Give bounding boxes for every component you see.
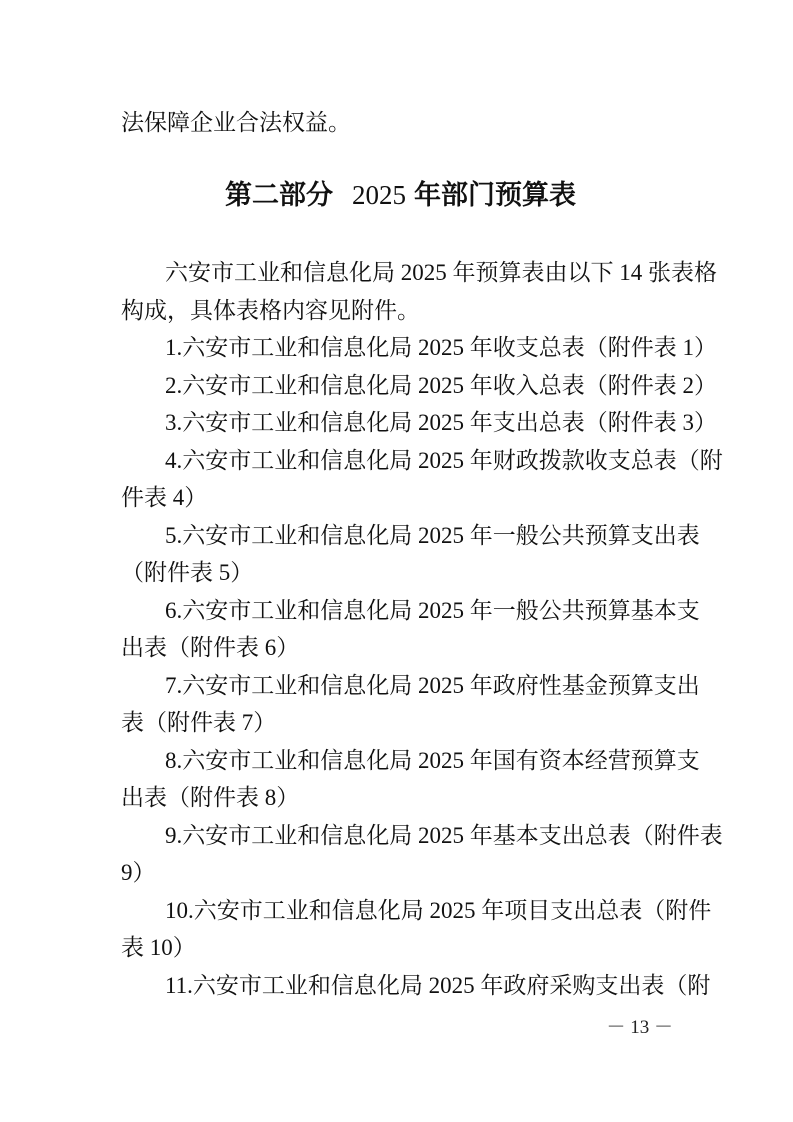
section-heading-title: 第二部分 [225,180,333,210]
doc-line-item: 11.六安市工业和信息化局 2025 年政府采购支出表（附 [121,967,680,1005]
doc-line-item: 6.六安市工业和信息化局 2025 年一般公共预算基本支 [121,592,680,630]
section-heading-year: 2025 [352,180,406,210]
doc-line-item: 10.六安市工业和信息化局 2025 年项目支出总表（附件 [121,892,680,930]
doc-line-wrap: 件表 4） [121,479,680,517]
doc-line-item: 3.六安市工业和信息化局 2025 年支出总表（附件表 3） [121,404,680,442]
doc-line-wrap: 出表（附件表 8） [121,779,680,817]
section-heading-rest: 年部门预算表 [414,180,576,210]
doc-line-wrap: 表 10） [121,929,680,967]
intro-line: 构成，具体表格内容见附件。 [121,292,680,330]
doc-line-wrap: 9） [121,854,680,892]
doc-line-item: 7.六安市工业和信息化局 2025 年政府性基金预算支出 [121,667,680,705]
doc-line-item: 8.六安市工业和信息化局 2025 年国有资本经营预算支 [121,742,680,780]
doc-line-item: 2.六安市工业和信息化局 2025 年收入总表（附件表 2） [121,367,680,405]
document-body: 六安市工业和信息化局 2025 年预算表由以下 14 张表格 构成，具体表格内容… [121,254,680,1004]
doc-line-wrap: 出表（附件表 6） [121,629,680,667]
doc-line-item: 9.六安市工业和信息化局 2025 年基本支出总表（附件表 [121,817,680,855]
continuation-paragraph-line: 法保障企业合法权益。 [121,104,680,142]
intro-line: 六安市工业和信息化局 2025 年预算表由以下 14 张表格 [121,254,680,292]
page-number: － 13 － [606,1016,673,1040]
doc-line-wrap: 表（附件表 7） [121,704,680,742]
doc-line-item: 5.六安市工业和信息化局 2025 年一般公共预算支出表 [121,517,680,555]
doc-line-item: 4.六安市工业和信息化局 2025 年财政拨款收支总表（附 [121,442,680,480]
doc-line-wrap: （附件表 5） [121,554,680,592]
section-heading: 第二部分2025年部门预算表 [121,175,680,215]
document-page: 法保障企业合法权益。 第二部分2025年部门预算表 六安市工业和信息化局 202… [0,0,793,1122]
doc-line-item: 1.六安市工业和信息化局 2025 年收支总表（附件表 1） [121,329,680,367]
